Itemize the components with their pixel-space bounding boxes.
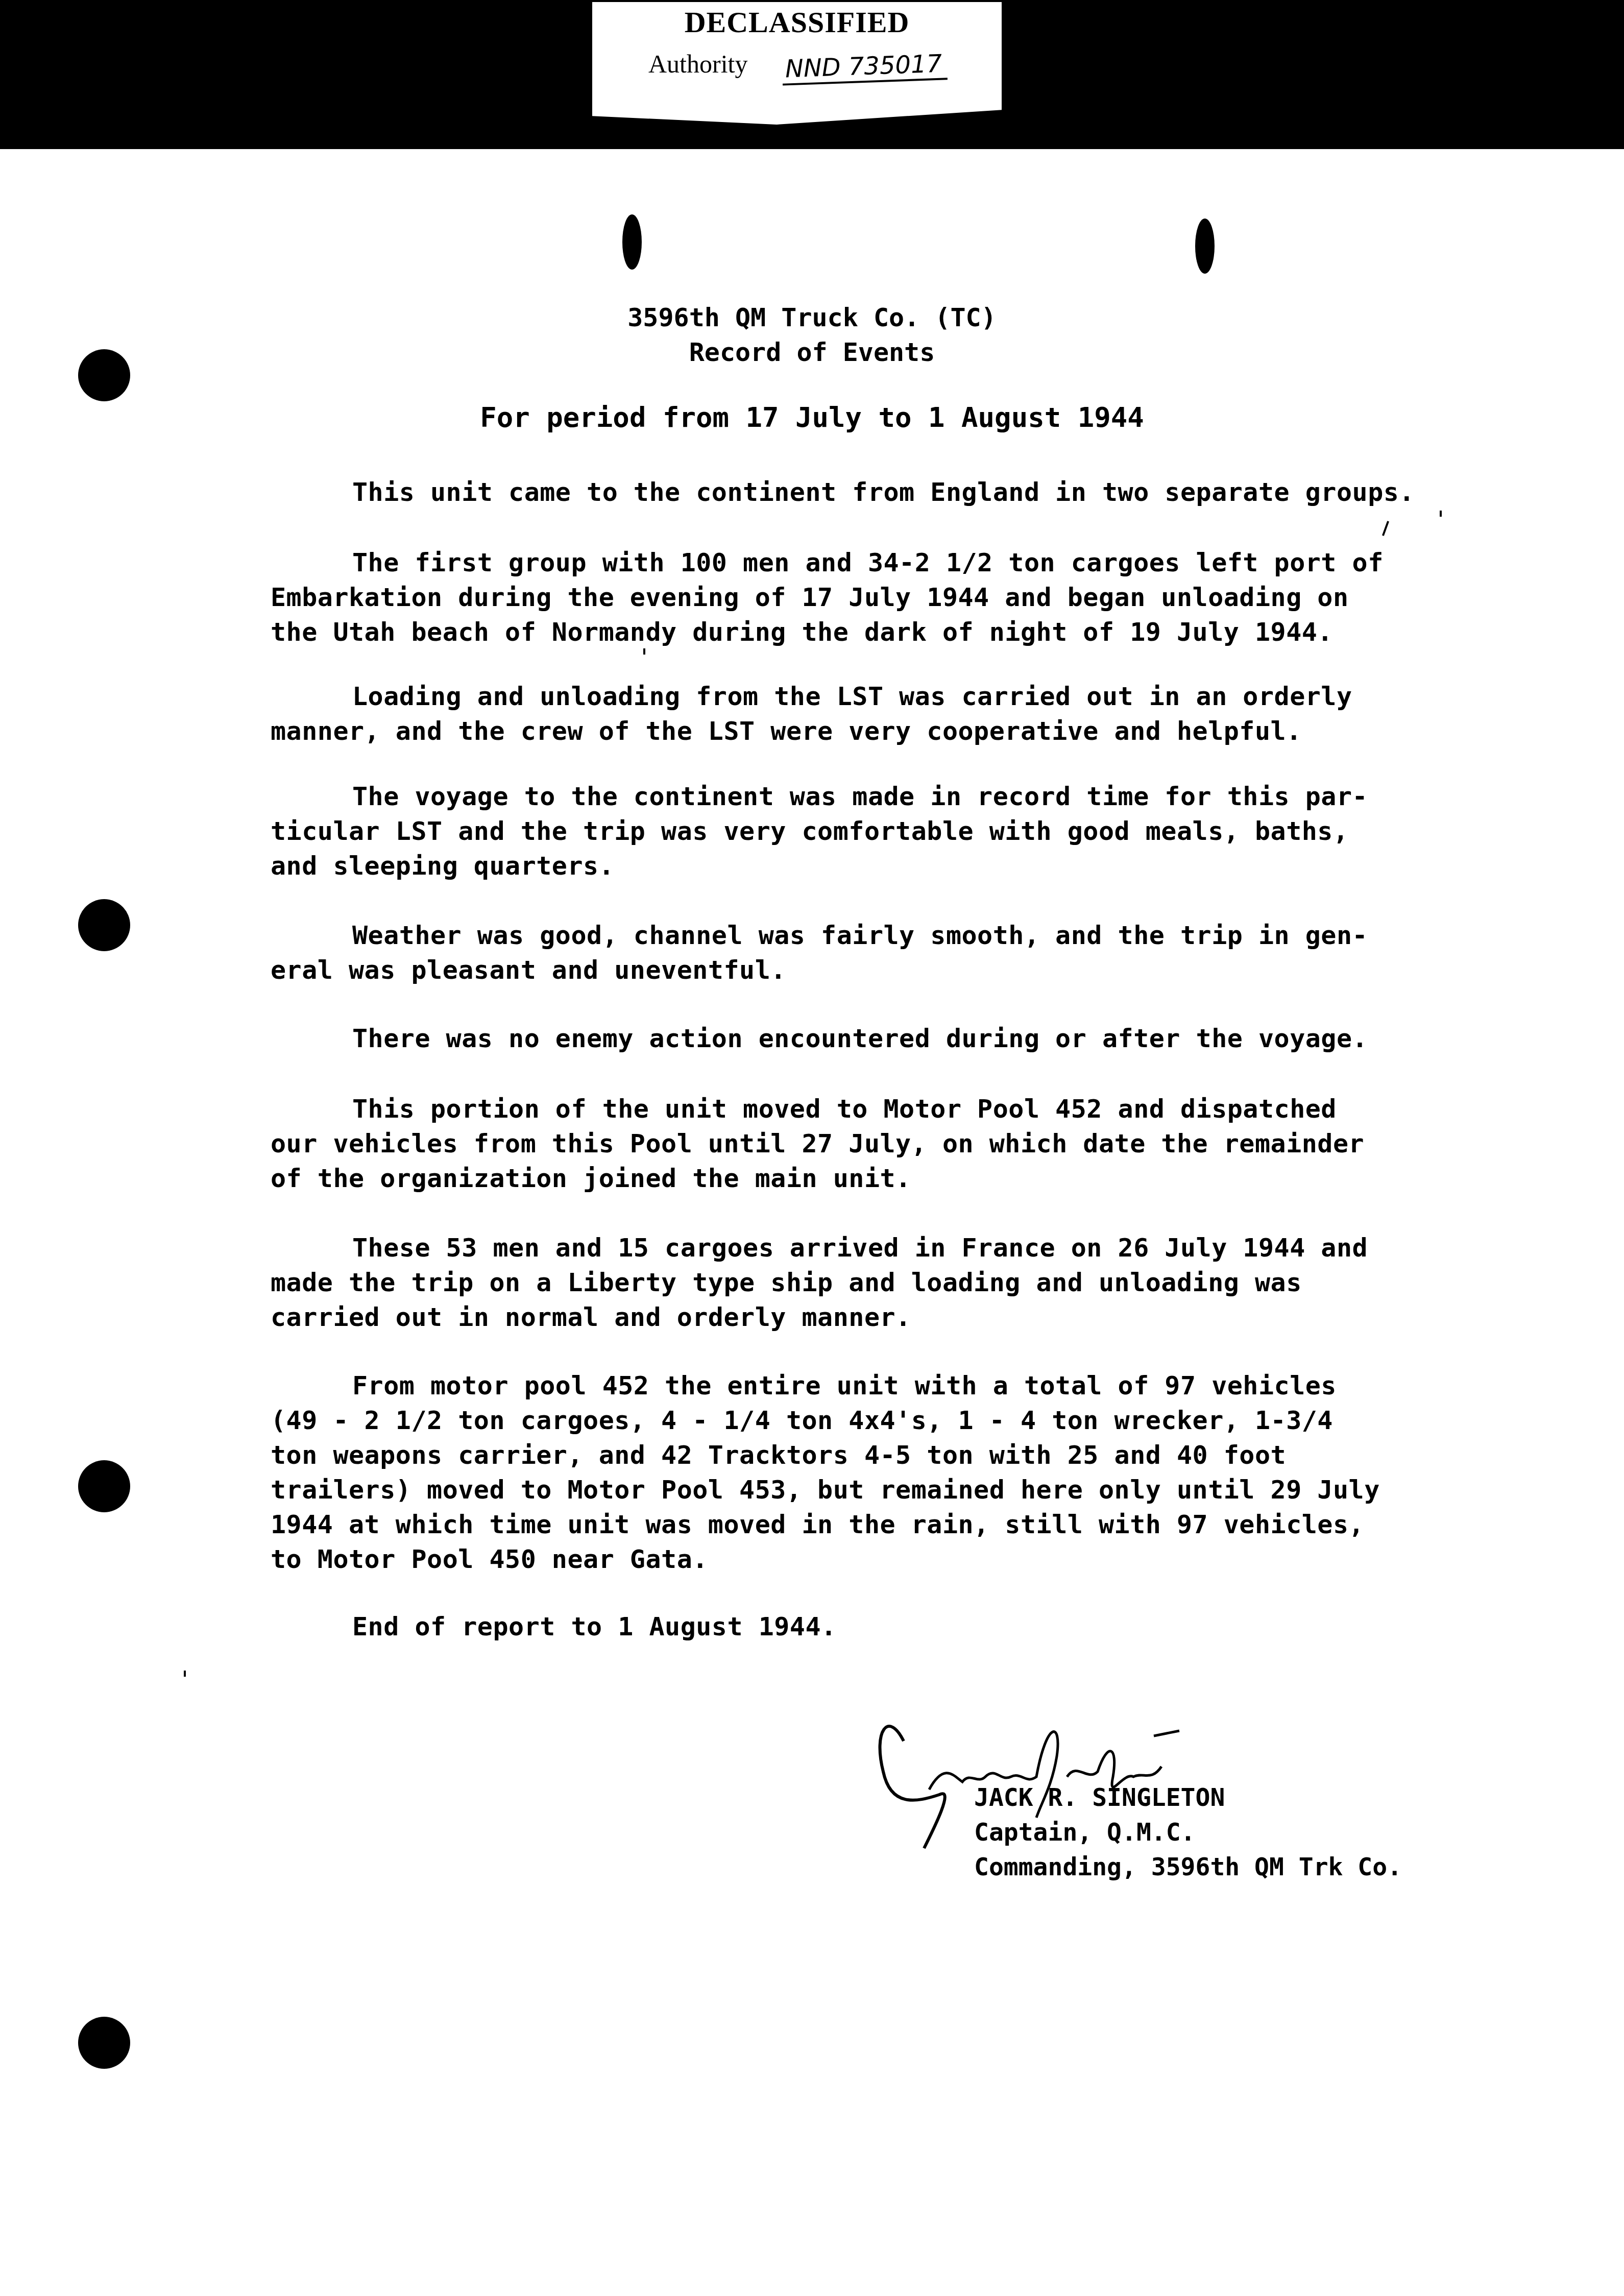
paragraph-4-line-1: The voyage to the continent was made in …: [352, 779, 1368, 814]
punch-hole-top-left: [622, 214, 642, 270]
paragraph-9-line-6: to Motor Pool 450 near Gata.: [271, 1542, 708, 1577]
paragraph-4-line-3: and sleeping quarters.: [271, 849, 614, 883]
paragraph-7-line-1: This portion of the unit moved to Motor …: [352, 1092, 1337, 1126]
scan-speck: [643, 648, 645, 655]
declassified-stamp: DECLASSIFIED Authority NND 735017: [592, 2, 1002, 125]
punch-hole-left-2: [78, 899, 130, 951]
paragraph-3-line-2: manner, and the crew of the LST were ver…: [271, 714, 1302, 748]
paragraph-1-line-1: This unit came to the continent from Eng…: [352, 475, 1415, 510]
paragraph-2-line-3: the Utah beach of Normandy during the da…: [271, 615, 1333, 649]
paragraph-8-line-2: made the trip on a Liberty type ship and…: [271, 1265, 1302, 1300]
scan-speck: [1440, 511, 1442, 517]
paragraph-2-line-1: The first group with 100 men and 34-2 1/…: [352, 545, 1384, 580]
stamp-authority-value: NND 735017: [782, 49, 948, 85]
stamp-title: DECLASSIFIED: [592, 5, 1002, 39]
scan-speck: [1382, 521, 1389, 536]
document-page: DECLASSIFIED Authority NND 735017 3596th…: [0, 0, 1624, 2296]
paragraph-9-line-3: ton weapons carrier, and 42 Tracktors 4-…: [271, 1438, 1286, 1472]
stamp-authority-label: Authority: [648, 49, 747, 79]
paragraph-9-line-1: From motor pool 452 the entire unit with…: [352, 1368, 1337, 1403]
punch-hole-top-right: [1195, 219, 1215, 274]
closing-line: End of report to 1 August 1944.: [352, 1609, 837, 1644]
paragraph-9-line-5: 1944 at which time unit was moved in the…: [271, 1507, 1364, 1542]
paragraph-4-line-2: ticular LST and the trip was very comfor…: [271, 814, 1349, 849]
paragraph-8-line-3: carried out in normal and orderly manner…: [271, 1300, 911, 1335]
paragraph-7-line-2: our vehicles from this Pool until 27 Jul…: [271, 1126, 1364, 1161]
scan-speck: [184, 1671, 186, 1677]
punch-hole-left-4: [78, 2017, 130, 2069]
unit-heading: 3596th QM Truck Co. (TC): [0, 300, 1624, 335]
signatory-rank: Captain, Q.M.C.: [974, 1815, 1195, 1850]
paragraph-2-line-2: Embarkation during the evening of 17 Jul…: [271, 580, 1349, 615]
paragraph-6-line-1: There was no enemy action encountered du…: [352, 1021, 1368, 1056]
document-title: Record of Events: [0, 335, 1624, 370]
paragraph-5-line-2: eral was pleasant and uneventful.: [271, 953, 786, 987]
period-line: For period from 17 July to 1 August 1944: [0, 400, 1624, 435]
signatory-position: Commanding, 3596th QM Trk Co.: [974, 1850, 1402, 1884]
paragraph-8-line-1: These 53 men and 15 cargoes arrived in F…: [352, 1230, 1368, 1265]
paragraph-9-line-2: (49 - 2 1/2 ton cargoes, 4 - 1/4 ton 4x4…: [271, 1403, 1333, 1438]
paragraph-5-line-1: Weather was good, channel was fairly smo…: [352, 918, 1368, 953]
paragraph-3-line-1: Loading and unloading from the LST was c…: [352, 679, 1352, 714]
signatory-name: JACK R. SINGLETON: [974, 1780, 1225, 1815]
punch-hole-left-3: [78, 1460, 130, 1512]
paragraph-9-line-4: trailers) moved to Motor Pool 453, but r…: [271, 1472, 1380, 1507]
paragraph-7-line-3: of the organization joined the main unit…: [271, 1161, 911, 1196]
